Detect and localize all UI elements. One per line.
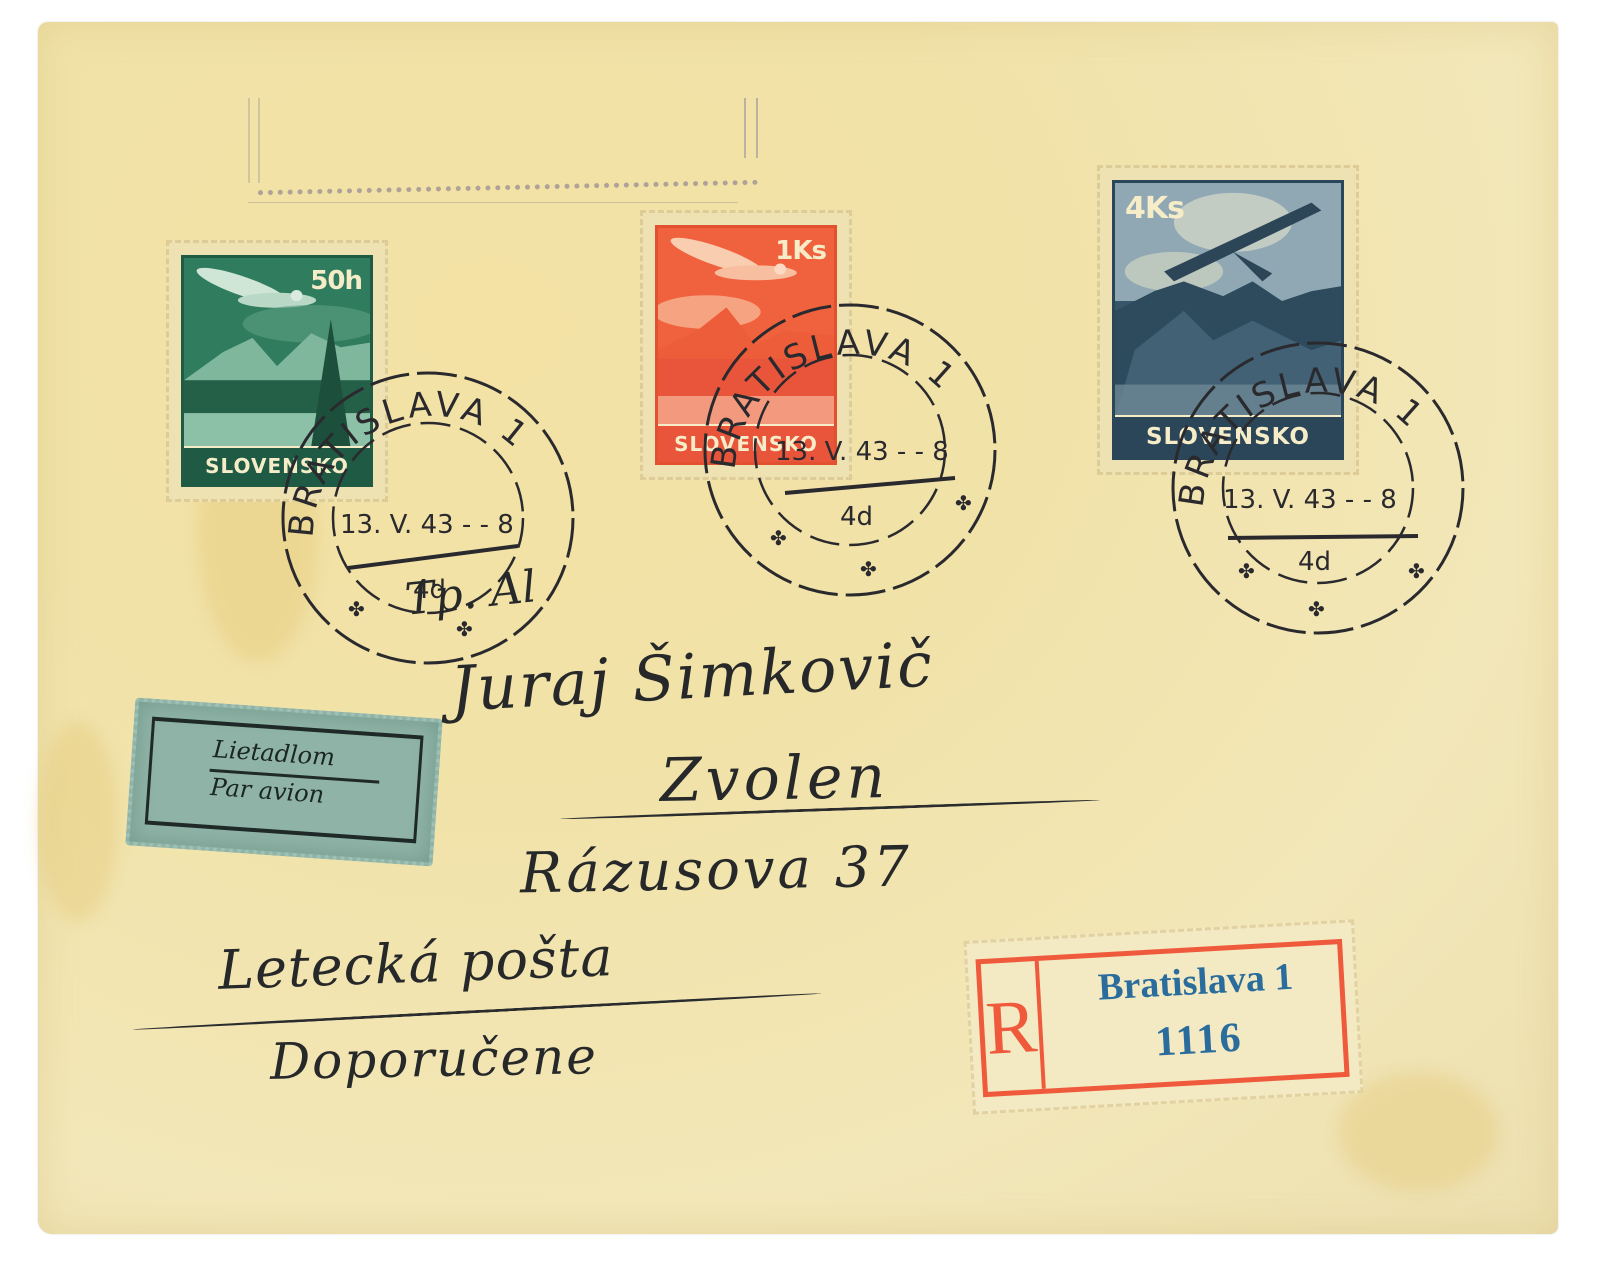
registration-label: R Bratislava 1 1116 bbox=[963, 919, 1363, 1115]
age-stain bbox=[38, 722, 118, 922]
svg-text:✤: ✤ bbox=[770, 526, 787, 550]
postmark-code: 4d bbox=[1298, 547, 1331, 577]
stamp-value: 50h bbox=[310, 266, 362, 296]
svg-text:✤: ✤ bbox=[1308, 597, 1325, 621]
svg-text:✤: ✤ bbox=[860, 557, 877, 581]
stamp-value: 4Ks bbox=[1125, 191, 1184, 226]
svg-text:✤: ✤ bbox=[955, 491, 972, 515]
registration-office: Bratislava 1 bbox=[1051, 952, 1340, 1012]
postmark-code: 4d bbox=[840, 502, 873, 532]
svg-text:✤: ✤ bbox=[1408, 559, 1425, 583]
svg-text:✤: ✤ bbox=[456, 617, 473, 641]
registration-number: 1116 bbox=[1054, 1008, 1343, 1072]
stamp-value: 1Ks bbox=[775, 236, 826, 266]
recipient-street: Rázusova 37 bbox=[519, 835, 912, 907]
postmark-date: 13. V. 43 - - 8 bbox=[340, 510, 514, 540]
recipient-city: Zvolen bbox=[659, 742, 889, 816]
registration-letter: R bbox=[981, 961, 1046, 1092]
postmark-2: BRATISLAVA 1 13. V. 43 - - 8 4d ✤ ✤ ✤ bbox=[700, 300, 1000, 600]
postmark-date: 13. V. 43 - - 8 bbox=[775, 437, 949, 467]
postmark-3: BRATISLAVA 1 13. V. 43 - - 8 4d ✤ ✤ ✤ bbox=[1168, 338, 1468, 638]
registered-annotation: Doporučene bbox=[270, 1027, 599, 1091]
airmail-label: Lietadlom Par avion bbox=[125, 697, 443, 866]
svg-text:✤: ✤ bbox=[1238, 559, 1255, 583]
faint-cancel-mark bbox=[248, 90, 768, 200]
airmail-label-line1: Lietadlom bbox=[212, 735, 336, 771]
svg-text:✤: ✤ bbox=[348, 597, 365, 621]
postmark-date: 13. V. 43 - - 8 bbox=[1223, 485, 1397, 515]
